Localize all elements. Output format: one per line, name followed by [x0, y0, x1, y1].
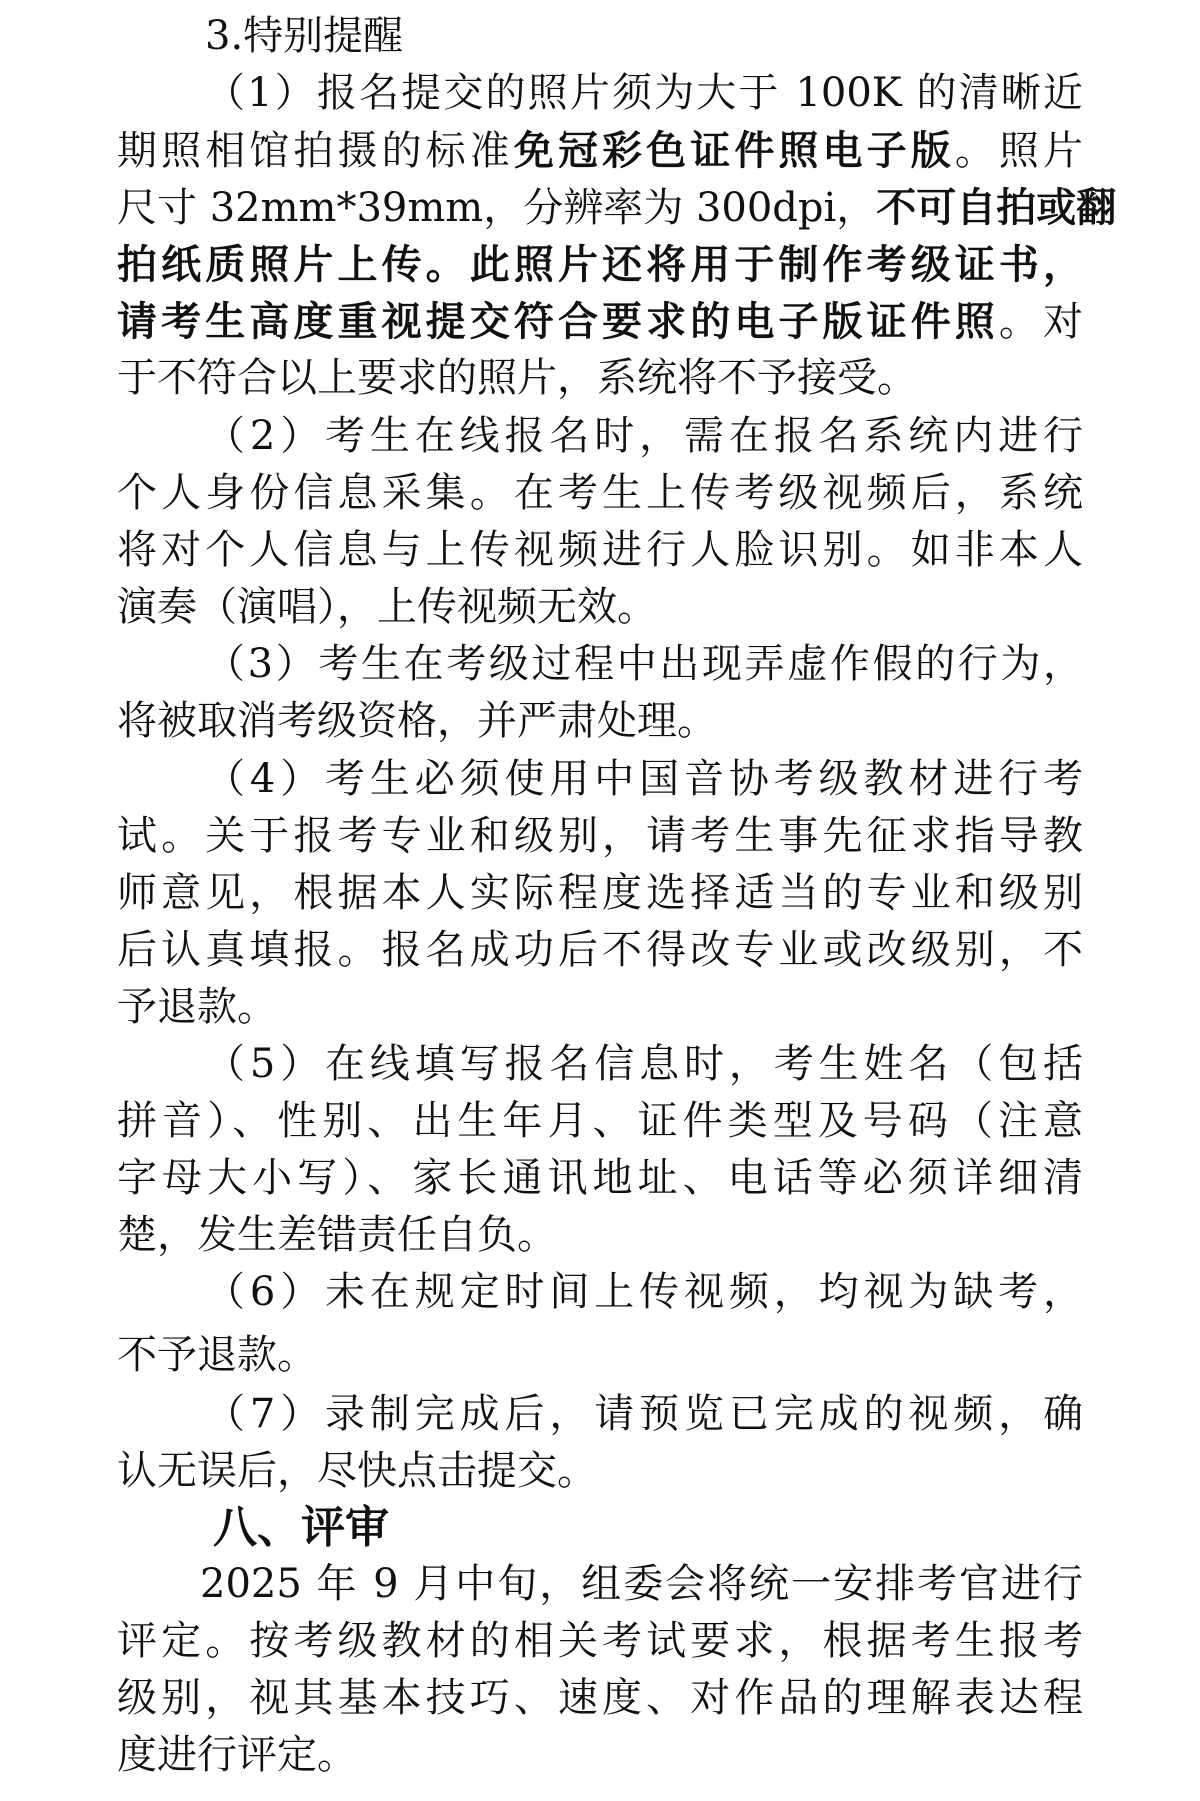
- bold-text-segment: 免冠彩色证件照电子版: [514, 127, 955, 174]
- reminder-7-line-2: 认无误后，尽快点击提交。: [117, 1443, 1083, 1500]
- review-line-3: 级别，视其基本技巧、速度、对作品的理解表达程: [117, 1670, 1083, 1727]
- reminder-1-line-2: 期照相馆拍摄的标准免冠彩色证件照电子版。照片: [117, 122, 1083, 179]
- reminder-2-line-2: 个人身份信息采集。在考生上传考级视频后，系统: [117, 465, 1083, 522]
- text-segment: 尺寸 32mm*39mm，分辨率为 300dpi，: [117, 185, 876, 231]
- text-segment: 。照片: [955, 128, 1083, 174]
- reminder-1-line-6: 于不符合以上要求的照片，系统将不予接受。: [117, 350, 1083, 407]
- review-line-1: 2025 年 9 月中旬，组委会将统一安排考官进行: [200, 1556, 1083, 1613]
- reminder-2-line-1: （2）考生在线报名时，需在报名系统内进行: [205, 408, 1083, 465]
- text-segment: 期照相馆拍摄的标准: [117, 128, 514, 174]
- reminder-1-line-4: 拍纸质照片上传。此照片还将用于制作考级证书，: [117, 236, 1083, 293]
- subsection-title: 3.特别提醒: [205, 8, 1083, 65]
- reminder-4-line-5: 予退款。: [117, 979, 1083, 1036]
- reminder-4-line-1: （4）考生必须使用中国音协考级教材进行考: [205, 751, 1083, 808]
- reminder-1-line-1: （1）报名提交的照片须为大于 100K 的清晰近: [205, 65, 1083, 122]
- bold-text-segment: 请考生高度重视提交符合要求的电子版证件照: [117, 298, 999, 345]
- reminder-3-line-1: （3）考生在考级过程中出现弄虚作假的行为，: [205, 636, 1083, 693]
- reminder-7-line-1: （7）录制完成后，请预览已完成的视频，确: [205, 1386, 1083, 1443]
- text-segment: 。对: [999, 299, 1083, 345]
- reminder-2-line-4: 演奏（演唱），上传视频无效。: [117, 579, 1083, 636]
- reminder-4-line-2: 试。关于报考专业和级别，请考生事先征求指导教: [117, 808, 1083, 865]
- bold-text-segment: 不可自拍或翻: [876, 184, 1116, 231]
- review-line-2: 评定。按考级教材的相关考试要求，根据考生报考: [117, 1613, 1083, 1670]
- section-title: 八、评审: [213, 1499, 613, 1556]
- reminder-4-line-3: 师意见，根据本人实际程度选择适当的专业和级别: [117, 865, 1083, 922]
- reminder-6-line-2: 不予退款。: [117, 1327, 1083, 1384]
- reminder-5-line-3: 字母大小写）、家长通讯地址、电话等必须详细清: [117, 1150, 1083, 1207]
- reminder-1-line-5: 请考生高度重视提交符合要求的电子版证件照。对: [117, 293, 1083, 350]
- reminder-1-line-3: 尺寸 32mm*39mm，分辨率为 300dpi，不可自拍或翻: [117, 179, 1083, 236]
- reminder-3-line-2: 将被取消考级资格，并严肃处理。: [117, 693, 1083, 750]
- reminder-6-line-1: （6）未在规定时间上传视频，均视为缺考，: [205, 1264, 1083, 1321]
- review-line-4: 度进行评定。: [117, 1727, 1083, 1784]
- reminder-4-line-4: 后认真填报。报名成功后不得改专业或改级别，不: [117, 922, 1083, 979]
- reminder-5-line-4: 楚，发生差错责任自负。: [117, 1207, 1083, 1264]
- reminder-5-line-1: （5）在线填写报名信息时，考生姓名（包括: [205, 1036, 1083, 1093]
- document-page: 3.特别提醒 （1）报名提交的照片须为大于 100K 的清晰近 期照相馆拍摄的标…: [0, 0, 1200, 1801]
- reminder-2-line-3: 将对个人信息与上传视频进行人脸识别。如非本人: [117, 522, 1083, 579]
- reminder-5-line-2: 拼音）、性别、出生年月、证件类型及号码（注意: [117, 1093, 1083, 1150]
